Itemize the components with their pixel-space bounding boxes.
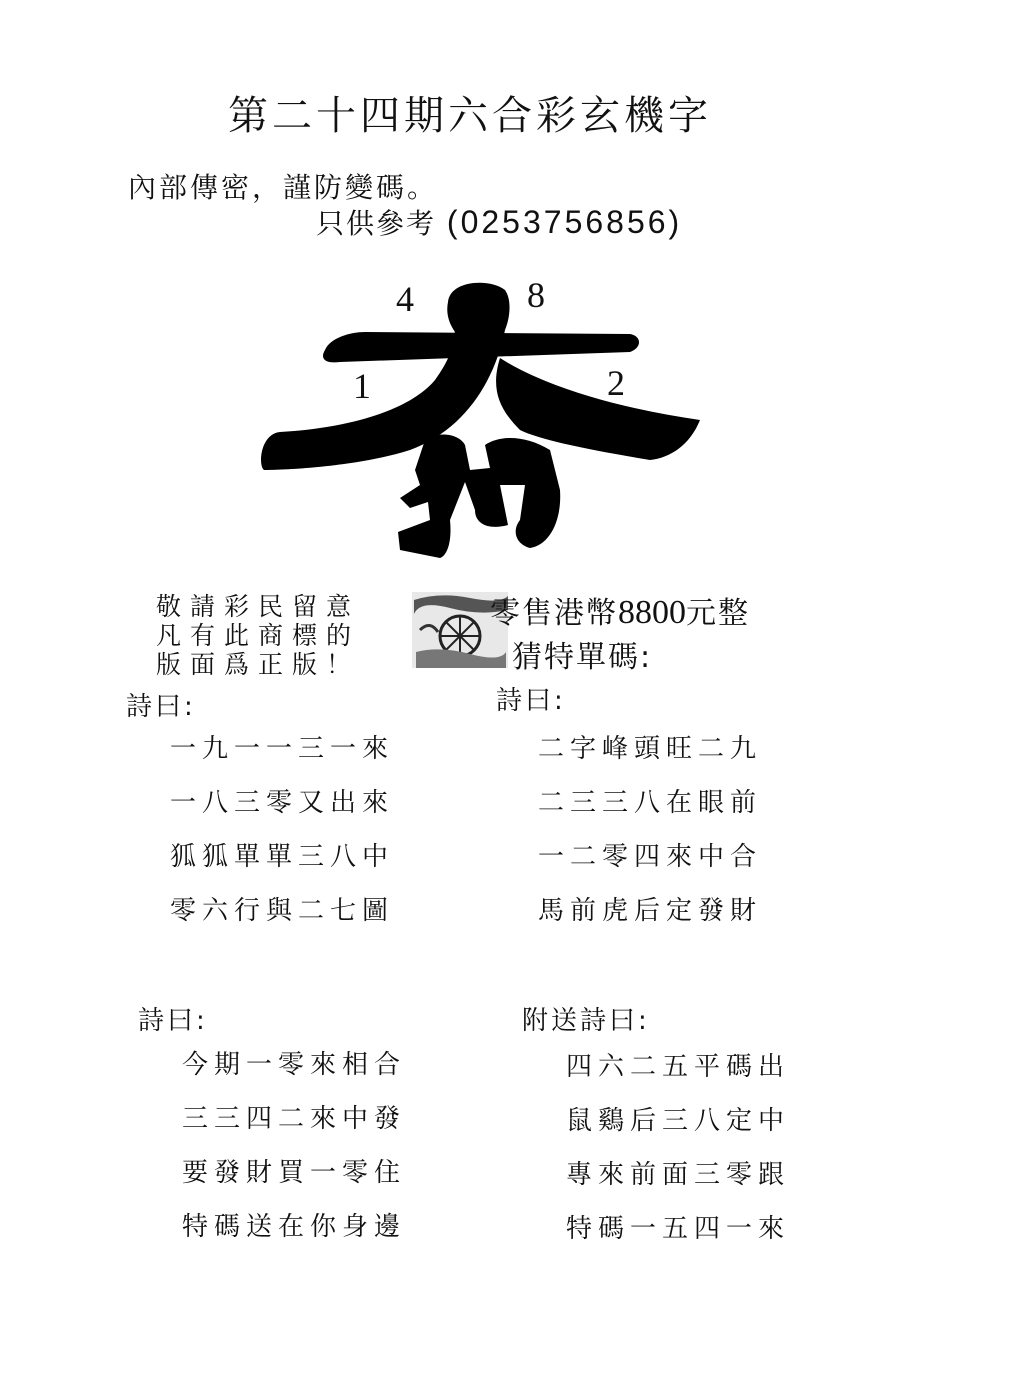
logo-number-8: 8 xyxy=(527,274,545,316)
calligraphy-logo: 4 8 1 2 xyxy=(250,270,700,560)
poem-4-header: 附送詩曰: xyxy=(522,1000,650,1037)
poem-2-header: 詩曰: xyxy=(496,680,566,717)
logo-number-1: 1 xyxy=(353,365,371,407)
poem-1: 一九一一三一來 一八三零又出來 狐狐單單三八中 零六行與二七圖 xyxy=(170,722,394,938)
poem-line: 狐狐單單三八中 xyxy=(170,830,394,884)
poem-4: 四六二五平碼出 鼠鷄后三八定中 專來前面三零跟 特碼一五四一來 xyxy=(566,1040,790,1256)
poem-line: 馬前虎后定發財 xyxy=(538,884,762,938)
price-amount: 8800 xyxy=(618,594,686,631)
trademark-warning: 敬請彩民留意 凡有此商標的 版面爲正版！ xyxy=(156,592,360,679)
poem-line: 要發財買一零住 xyxy=(182,1146,406,1200)
poem-line: 特碼一五四一來 xyxy=(566,1202,790,1256)
poem-line: 一二零四來中合 xyxy=(538,830,762,884)
poem-1-header: 詩曰: xyxy=(126,686,196,723)
warning-line: 凡有此商標的 xyxy=(156,621,360,650)
calligraphy-dagou-icon xyxy=(250,270,700,560)
warning-line: 版面爲正版！ xyxy=(156,650,360,679)
confidential-notice: 內部傳密，謹防變碼。 xyxy=(128,166,438,206)
warning-line: 敬請彩民留意 xyxy=(156,592,360,621)
poem-3: 今期一零來相合 三三四二來中發 要發財買一零住 特碼送在你身邊 xyxy=(182,1038,406,1254)
logo-number-4: 4 xyxy=(396,278,414,320)
poem-line: 四六二五平碼出 xyxy=(566,1040,790,1094)
poem-line: 二三三八在眼前 xyxy=(538,776,762,830)
reference-line: 只供參考 (0253756856) xyxy=(316,202,682,242)
poem-line: 今期一零來相合 xyxy=(182,1038,406,1092)
reference-label: 只供參考 xyxy=(316,207,436,240)
poem-line: 一九一一三一來 xyxy=(170,722,394,776)
page-title: 第二十四期六合彩玄機字 xyxy=(228,84,712,141)
poem-2: 二字峰頭旺二九 二三三八在眼前 一二零四來中合 馬前虎后定發財 xyxy=(538,722,762,938)
poem-line: 三三四二來中發 xyxy=(182,1092,406,1146)
poem-line: 一八三零又出來 xyxy=(170,776,394,830)
retail-price: 零售港幣8800元整 xyxy=(490,588,750,632)
poem-line: 專來前面三零跟 xyxy=(566,1148,790,1202)
poem-line: 鼠鷄后三八定中 xyxy=(566,1094,790,1148)
poem-line: 零六行與二七圖 xyxy=(170,884,394,938)
poem-line: 特碼送在你身邊 xyxy=(182,1200,406,1254)
guess-label: 猜特單碼: xyxy=(512,632,652,676)
logo-number-2: 2 xyxy=(607,362,625,404)
poem-3-header: 詩曰: xyxy=(138,1000,208,1037)
phone-number: (0253756856) xyxy=(447,204,682,240)
poem-line: 二字峰頭旺二九 xyxy=(538,722,762,776)
